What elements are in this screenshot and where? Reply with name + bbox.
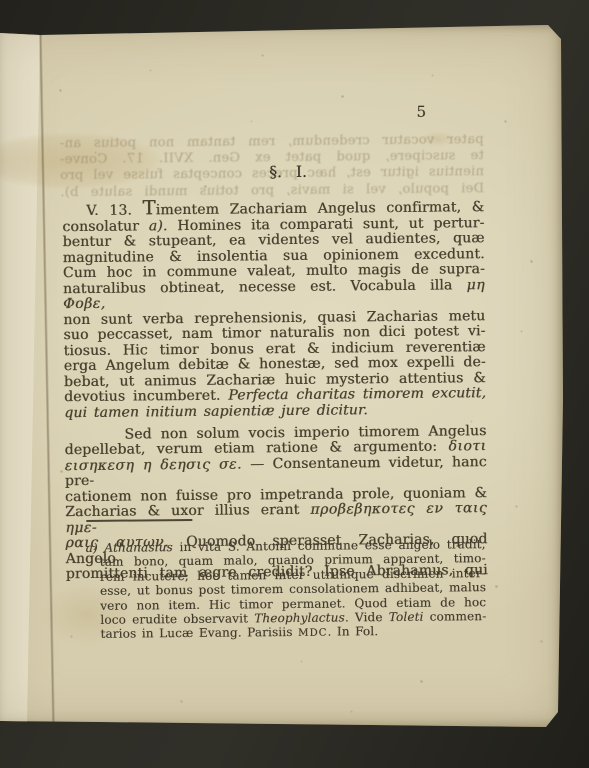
scanned-book-photo: 5 pater vocatur credendum, rem tantam no… <box>0 0 589 768</box>
page-vignette <box>0 25 563 727</box>
book-page: 5 pater vocatur credendum, rem tantam no… <box>0 0 589 768</box>
